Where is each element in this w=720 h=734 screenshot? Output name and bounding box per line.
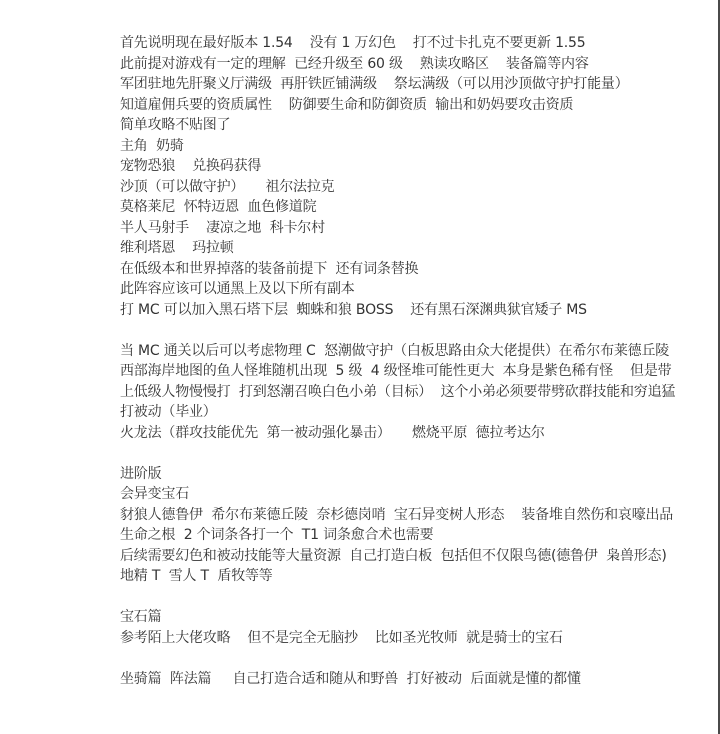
text-line: 地精 T 雪人 T 盾牧等等 [120,566,690,587]
section-intro: 首先说明现在最好版本 1.54 没有 1 万幻色 打不过卡扎克不要更新 1.55… [120,33,690,320]
text-line: 火龙法（群攻技能优先 第一被动强化暴击） 燃烧平原 德拉考达尔 [120,423,690,444]
text-line: 军团驻地先肝聚义厅满级 再肝铁匠铺满级 祭坛满级（可以用沙顶做守护打能量） [120,74,690,95]
paragraph-gap [120,320,690,341]
paragraph-gap [120,587,690,608]
text-line: 沙顶（可以做守护） 祖尔法拉克 [120,177,690,198]
text-line: 维利塔恩 玛拉顿 [120,238,690,259]
text-line: 会异变宝石 [120,484,690,505]
text-line: 此阵容应该可以通黑上及以下所有副本 [120,279,690,300]
document-page: 首先说明现在最好版本 1.54 没有 1 万幻色 打不过卡扎克不要更新 1.55… [0,0,718,734]
section-advanced: 进阶版 会异变宝石 豺狼人德鲁伊 希尔布莱德丘陵 奈杉德岗哨 宝石异变树人形态 … [120,464,690,587]
text-line: 此前提对游戏有一定的理解 已经升级至 60 级 熟读攻略区 装备篇等内容 [120,54,690,75]
text-line: 宠物恐狼 兑换码获得 [120,156,690,177]
document-body: 首先说明现在最好版本 1.54 没有 1 万幻色 打不过卡扎克不要更新 1.55… [120,33,690,689]
text-line: 生命之根 2 个词条各打一个 T1 词条愈合术也需要 [120,525,690,546]
text-line: 后续需要幻色和被动技能等大量资源 自己打造白板 包括但不仅限鸟德(德鲁伊 枭兽形… [120,546,690,567]
section-mc: 当 MC 通关以后可以考虑物理 C 怒潮做守护（白板思路由众大佬提供）在希尔布莱… [120,341,690,444]
text-line: 参考陌上大佬攻略 但不是完全无脑抄 比如圣光牧师 就是骑士的宝石 [120,628,690,649]
text-line: 知道雇佣兵要的资质属性 防御要生命和防御资质 输出和奶妈要攻击资质 [120,95,690,116]
text-line: 简单攻略不贴图了 [120,115,690,136]
text-line: 半人马射手 凄凉之地 科卡尔村 [120,218,690,239]
text-line: 坐骑篇 阵法篇 自己打造合适和随从和野兽 打好被动 后面就是懂的都懂 [120,669,690,690]
text-line: 西部海岸地图的鱼人怪堆随机出现 5 级 4 级怪堆可能性更大 本身是紫色稀有怪 … [120,361,690,382]
section-gems: 宝石篇 参考陌上大佬攻略 但不是完全无脑抄 比如圣光牧师 就是骑士的宝石 [120,607,690,648]
paragraph-gap [120,648,690,669]
text-line: 莫格莱尼 怀特迈恩 血色修道院 [120,197,690,218]
text-line: 当 MC 通关以后可以考虑物理 C 怒潮做守护（白板思路由众大佬提供）在希尔布莱… [120,341,690,362]
text-line: 首先说明现在最好版本 1.54 没有 1 万幻色 打不过卡扎克不要更新 1.55 [120,33,690,54]
text-line: 打 MC 可以加入黑石塔下层 蜘蛛和狼 BOSS 还有黑石深渊典狱官矮子 MS [120,300,690,321]
text-line: 打被动（毕业） [120,402,690,423]
section-heading: 进阶版 [120,464,690,485]
paragraph-gap [120,443,690,464]
section-mounts: 坐骑篇 阵法篇 自己打造合适和随从和野兽 打好被动 后面就是懂的都懂 [120,669,690,690]
text-line: 主角 奶骑 [120,136,690,157]
section-heading: 宝石篇 [120,607,690,628]
text-line: 豺狼人德鲁伊 希尔布莱德丘陵 奈杉德岗哨 宝石异变树人形态 装备堆自然伤和哀嚎出… [120,505,690,526]
text-line: 上低级人物慢慢打 打到怒潮召唤白色小弟（目标） 这个小弟必须要带劈砍群技能和穷追… [120,382,690,403]
text-line: 在低级本和世界掉落的装备前提下 还有词条替换 [120,259,690,280]
